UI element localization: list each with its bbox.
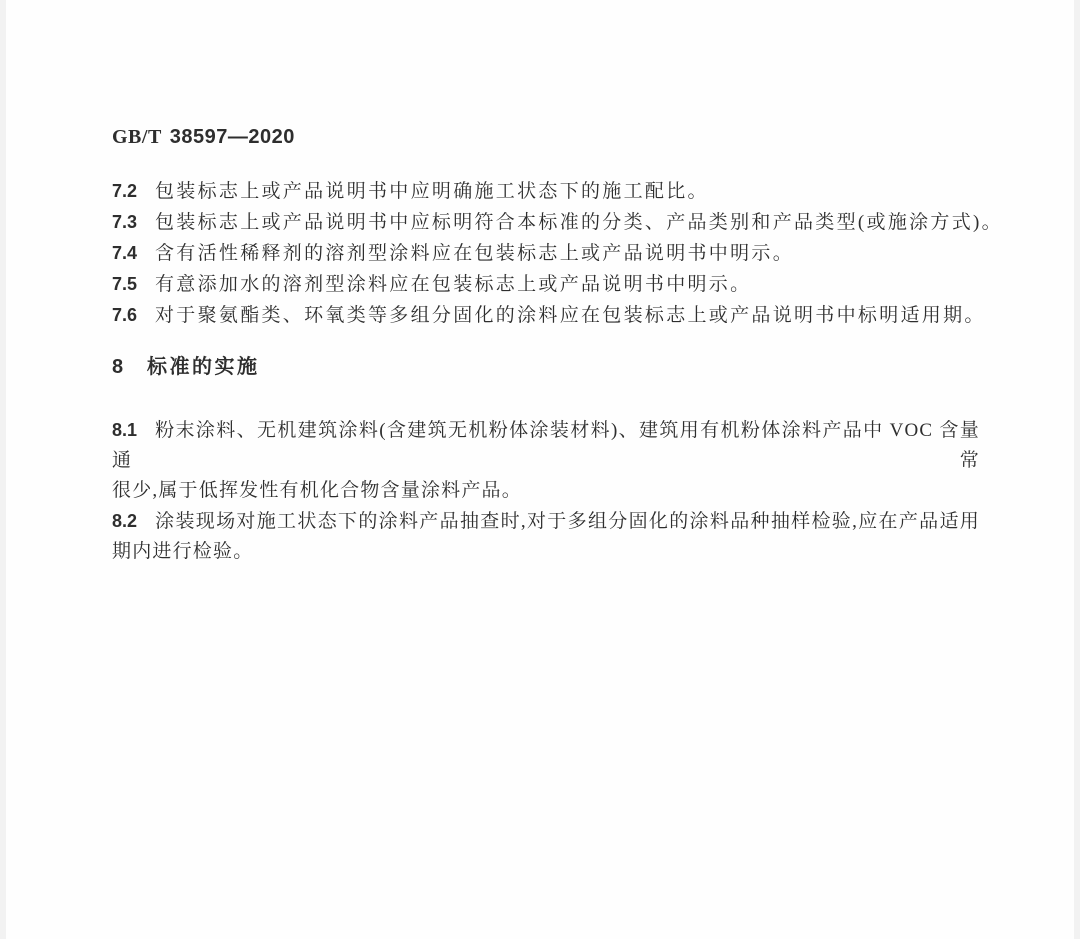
standard-number-header: GB/T38597—2020 bbox=[112, 126, 980, 149]
document-page: GB/T38597—2020 7.2包装标志上或产品说明书中应明确施工状态下的施… bbox=[0, 0, 1080, 939]
paragraph-line: 8.1粉末涂料、无机建筑涂料(含建筑无机粉体涂装材料)、建筑用有机粉体涂料产品中… bbox=[112, 415, 980, 476]
paragraph-line: 很少,属于低挥发性有机化合物含量涂料产品。 bbox=[112, 476, 980, 506]
paragraph-line: 8.2涂装现场对施工状态下的涂料产品抽查时,对于多组分固化的涂料品种抽样检验,应… bbox=[112, 506, 980, 537]
section-title: 标准的实施 bbox=[147, 356, 260, 378]
clause-text: 有意添加水的溶剂型涂料应在包装标志上或产品说明书中明示。 bbox=[155, 274, 751, 295]
clause-7-2: 7.2包装标志上或产品说明书中应明确施工状态下的施工配比。 bbox=[112, 176, 980, 207]
section-number: 8 bbox=[112, 355, 147, 379]
clause-number: 7.4 bbox=[112, 238, 155, 269]
clause-number: 7.2 bbox=[112, 176, 155, 207]
paragraph-8-2: 8.2涂装现场对施工状态下的涂料产品抽查时,对于多组分固化的涂料品种抽样检验,应… bbox=[112, 506, 980, 567]
paragraph-number: 8.1 bbox=[112, 415, 155, 445]
clause-number: 7.6 bbox=[112, 300, 155, 331]
standard-code: 38597—2020 bbox=[170, 126, 295, 148]
section-heading: 8标准的实施 bbox=[112, 355, 980, 379]
clause-text: 含有活性稀释剂的溶剂型涂料应在包装标志上或产品说明书中明示。 bbox=[155, 243, 794, 264]
clause-text: 包装标志上或产品说明书中应标明符合本标准的分类、产品类别和产品类型(或施涂方式)… bbox=[155, 212, 1003, 233]
clause-7-4: 7.4含有活性稀释剂的溶剂型涂料应在包装标志上或产品说明书中明示。 bbox=[112, 238, 980, 269]
paragraph-line: 期内进行检验。 bbox=[112, 537, 980, 567]
clause-number: 7.3 bbox=[112, 207, 155, 238]
paragraph-8-1: 8.1粉末涂料、无机建筑涂料(含建筑无机粉体涂装材料)、建筑用有机粉体涂料产品中… bbox=[112, 415, 980, 506]
paragraph-text: 粉末涂料、无机建筑涂料(含建筑无机粉体涂装材料)、建筑用有机粉体涂料产品中 VO… bbox=[112, 420, 980, 471]
clause-7-6: 7.6对于聚氨酯类、环氧类等多组分固化的涂料应在包装标志上或产品说明书中标明适用… bbox=[112, 300, 980, 331]
page-right-edge bbox=[1074, 0, 1080, 939]
clause-number: 7.5 bbox=[112, 269, 155, 300]
clause-text: 包装标志上或产品说明书中应明确施工状态下的施工配比。 bbox=[155, 181, 709, 202]
paragraph-number: 8.2 bbox=[112, 506, 155, 536]
clause-7-3: 7.3包装标志上或产品说明书中应标明符合本标准的分类、产品类别和产品类型(或施涂… bbox=[112, 207, 980, 238]
standard-prefix: GB/T bbox=[112, 126, 162, 148]
clause-7-5: 7.5有意添加水的溶剂型涂料应在包装标志上或产品说明书中明示。 bbox=[112, 269, 980, 300]
clause-list: 7.2包装标志上或产品说明书中应明确施工状态下的施工配比。 7.3包装标志上或产… bbox=[112, 176, 980, 331]
paragraph-text: 涂装现场对施工状态下的涂料产品抽查时,对于多组分固化的涂料品种抽样检验,应在产品… bbox=[155, 511, 980, 532]
page-left-edge bbox=[0, 0, 6, 939]
clause-text: 对于聚氨酯类、环氧类等多组分固化的涂料应在包装标志上或产品说明书中标明适用期。 bbox=[155, 305, 986, 326]
